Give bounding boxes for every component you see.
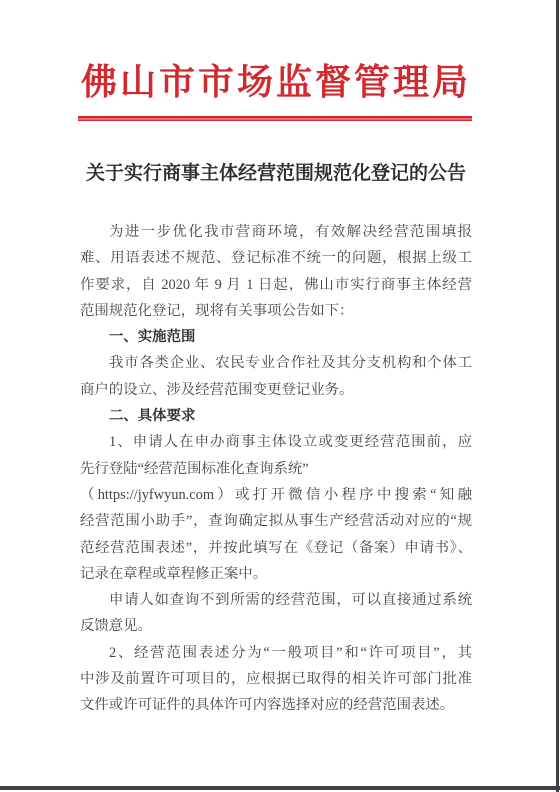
body-text-line: （https://jyfwyun.com）或打开微信小程序中搜索“知融 <box>80 482 472 508</box>
letterhead-red-rule <box>78 116 472 121</box>
body-text-line: 申请人如查询不到所需的经营范围，可以直接通过系统 <box>80 587 472 613</box>
body-text-line: 2、经营范围表述分为“一般项目”和“许可项目”，其 <box>80 640 472 666</box>
body-text-line: 先行登陆“经营范围标准化查询系统” <box>80 456 472 482</box>
scan-edge-bottom <box>0 786 560 790</box>
body-text-line: 经营范围小助手”，查询确定拟从事生产经营活动对应的“规 <box>80 508 472 534</box>
document-content: 佛山市市场监督管理局 关于实行商事主体经营范围规范化登记的公告 为进一步优化我市… <box>80 0 472 719</box>
section-heading: 二、具体要求 <box>80 403 472 429</box>
body-text-line: 难、用语表述不规范、登记标准不统一的问题，根据上级工 <box>80 245 472 271</box>
scanned-announcement-page: 佛山市市场监督管理局 关于实行商事主体经营范围规范化登记的公告 为进一步优化我市… <box>0 0 560 792</box>
body-text-line: 文件或许可证件的具体许可内容选择对应的经营范围表述。 <box>80 692 472 718</box>
body-text-line: 反馈意见。 <box>80 613 472 639</box>
body-text-line: 作要求，自 2020 年 9 月 1 日起，佛山市实行商事主体经营 <box>80 272 472 298</box>
scan-edge-right <box>556 0 559 792</box>
body-text-line: 为进一步优化我市营商环境，有效解决经营范围填报 <box>80 219 472 245</box>
body-text-line: 1、申请人在申办商事主体设立或变更经营范围前，应 <box>80 429 472 455</box>
body-text-line: 范经营范围表述”，并按此填写在《登记（备案）申请书》、 <box>80 535 472 561</box>
document-body: 为进一步优化我市营商环境，有效解决经营范围填报难、用语表述不规范、登记标准不统一… <box>80 219 472 719</box>
document-title: 关于实行商事主体经营范围规范化登记的公告 <box>80 161 472 187</box>
body-text-line: 中涉及前置许可项目的，应根据已取得的相关许可部门批准 <box>80 666 472 692</box>
agency-letterhead: 佛山市市场监督管理局 <box>80 60 472 104</box>
body-text-line: 商户的设立、涉及经营范围变更登记业务。 <box>80 377 472 403</box>
body-text-line: 我市各类企业、农民专业合作社及其分支机构和个体工 <box>80 350 472 376</box>
body-text-line: 记录在章程或章程修正案中。 <box>80 561 472 587</box>
section-heading: 一、实施范围 <box>80 324 472 350</box>
body-text-line: 范围规范化登记，现将有关事项公告如下： <box>80 298 472 324</box>
